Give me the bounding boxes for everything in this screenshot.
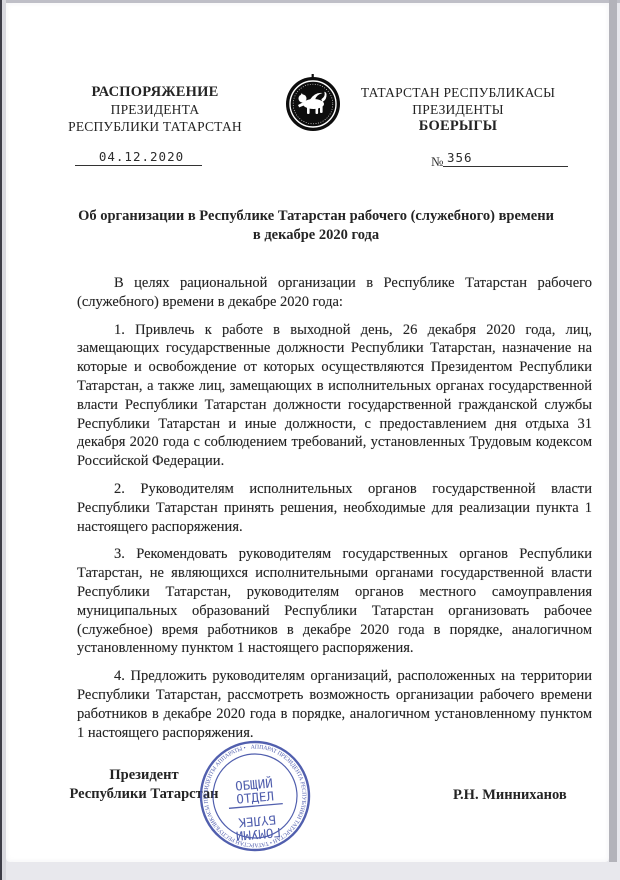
document-title-line2: в декабре 2020 года <box>58 226 574 245</box>
header-right-line2: ПРЕЗИДЕНТЫ <box>348 101 568 118</box>
stamp-inverted-line2: БҮЛЕК <box>237 812 276 830</box>
header-left-line3: РЕСПУБЛИКИ ТАТАРСТАН <box>55 118 255 135</box>
document-body: В целях рациональной организации в Респу… <box>77 274 592 751</box>
document-title-line1: Об организации в Республике Татарстан ра… <box>58 207 574 226</box>
paragraph-1: 1. Привлечь к работе в выходной день, 26… <box>77 321 592 471</box>
document-date: 04.12.2020 <box>81 149 202 164</box>
header-left-line2: ПРЕЗИДЕНТА <box>55 101 255 118</box>
header-right-line1: ТАТАРСТАН РЕСПУБЛИКАСЫ <box>348 84 568 101</box>
header-left-line1: РАСПОРЯЖЕНИЕ <box>55 84 255 101</box>
paragraph-3: 3. Рекомендовать руководителям государст… <box>77 545 592 658</box>
number-sign: № <box>431 154 443 170</box>
paragraph-intro: В целях рациональной организации в Респу… <box>77 274 592 312</box>
stamp-center-line2: ОТДЕЛ <box>236 788 275 806</box>
signatory-name: Р.Н. Минниханов <box>453 787 567 804</box>
scanned-document: { "document": { "header": { "left": { "l… <box>0 0 620 880</box>
header-left-block: РАСПОРЯЖЕНИЕ ПРЕЗИДЕНТА РЕСПУБЛИКИ ТАТАР… <box>55 84 255 135</box>
paragraph-4: 4. Предложить руководителям организаций,… <box>77 667 592 742</box>
document-title: Об организации в Республике Татарстан ра… <box>58 207 574 244</box>
document-number: 356 <box>447 150 473 165</box>
scan-edge-right <box>609 0 617 862</box>
tatarstan-emblem-icon <box>284 73 342 133</box>
paragraph-2: 2. Руководителям исполнительных органов … <box>77 480 592 536</box>
round-stamp: АППАРАТ ПРЕЗИДЕНТА РЕСПУБЛИКИ ТАТАРСТАН … <box>192 733 318 859</box>
header-right-line3: БОЕРЫГЫ <box>348 118 568 135</box>
header-right-block: ТАТАРСТАН РЕСПУБЛИКАСЫ ПРЕЗИДЕНТЫ БОЕРЫГ… <box>348 84 568 135</box>
document-page: РАСПОРЯЖЕНИЕ ПРЕЗИДЕНТА РЕСПУБЛИКИ ТАТАР… <box>6 3 609 862</box>
date-underline <box>75 165 202 166</box>
number-underline <box>443 166 568 167</box>
